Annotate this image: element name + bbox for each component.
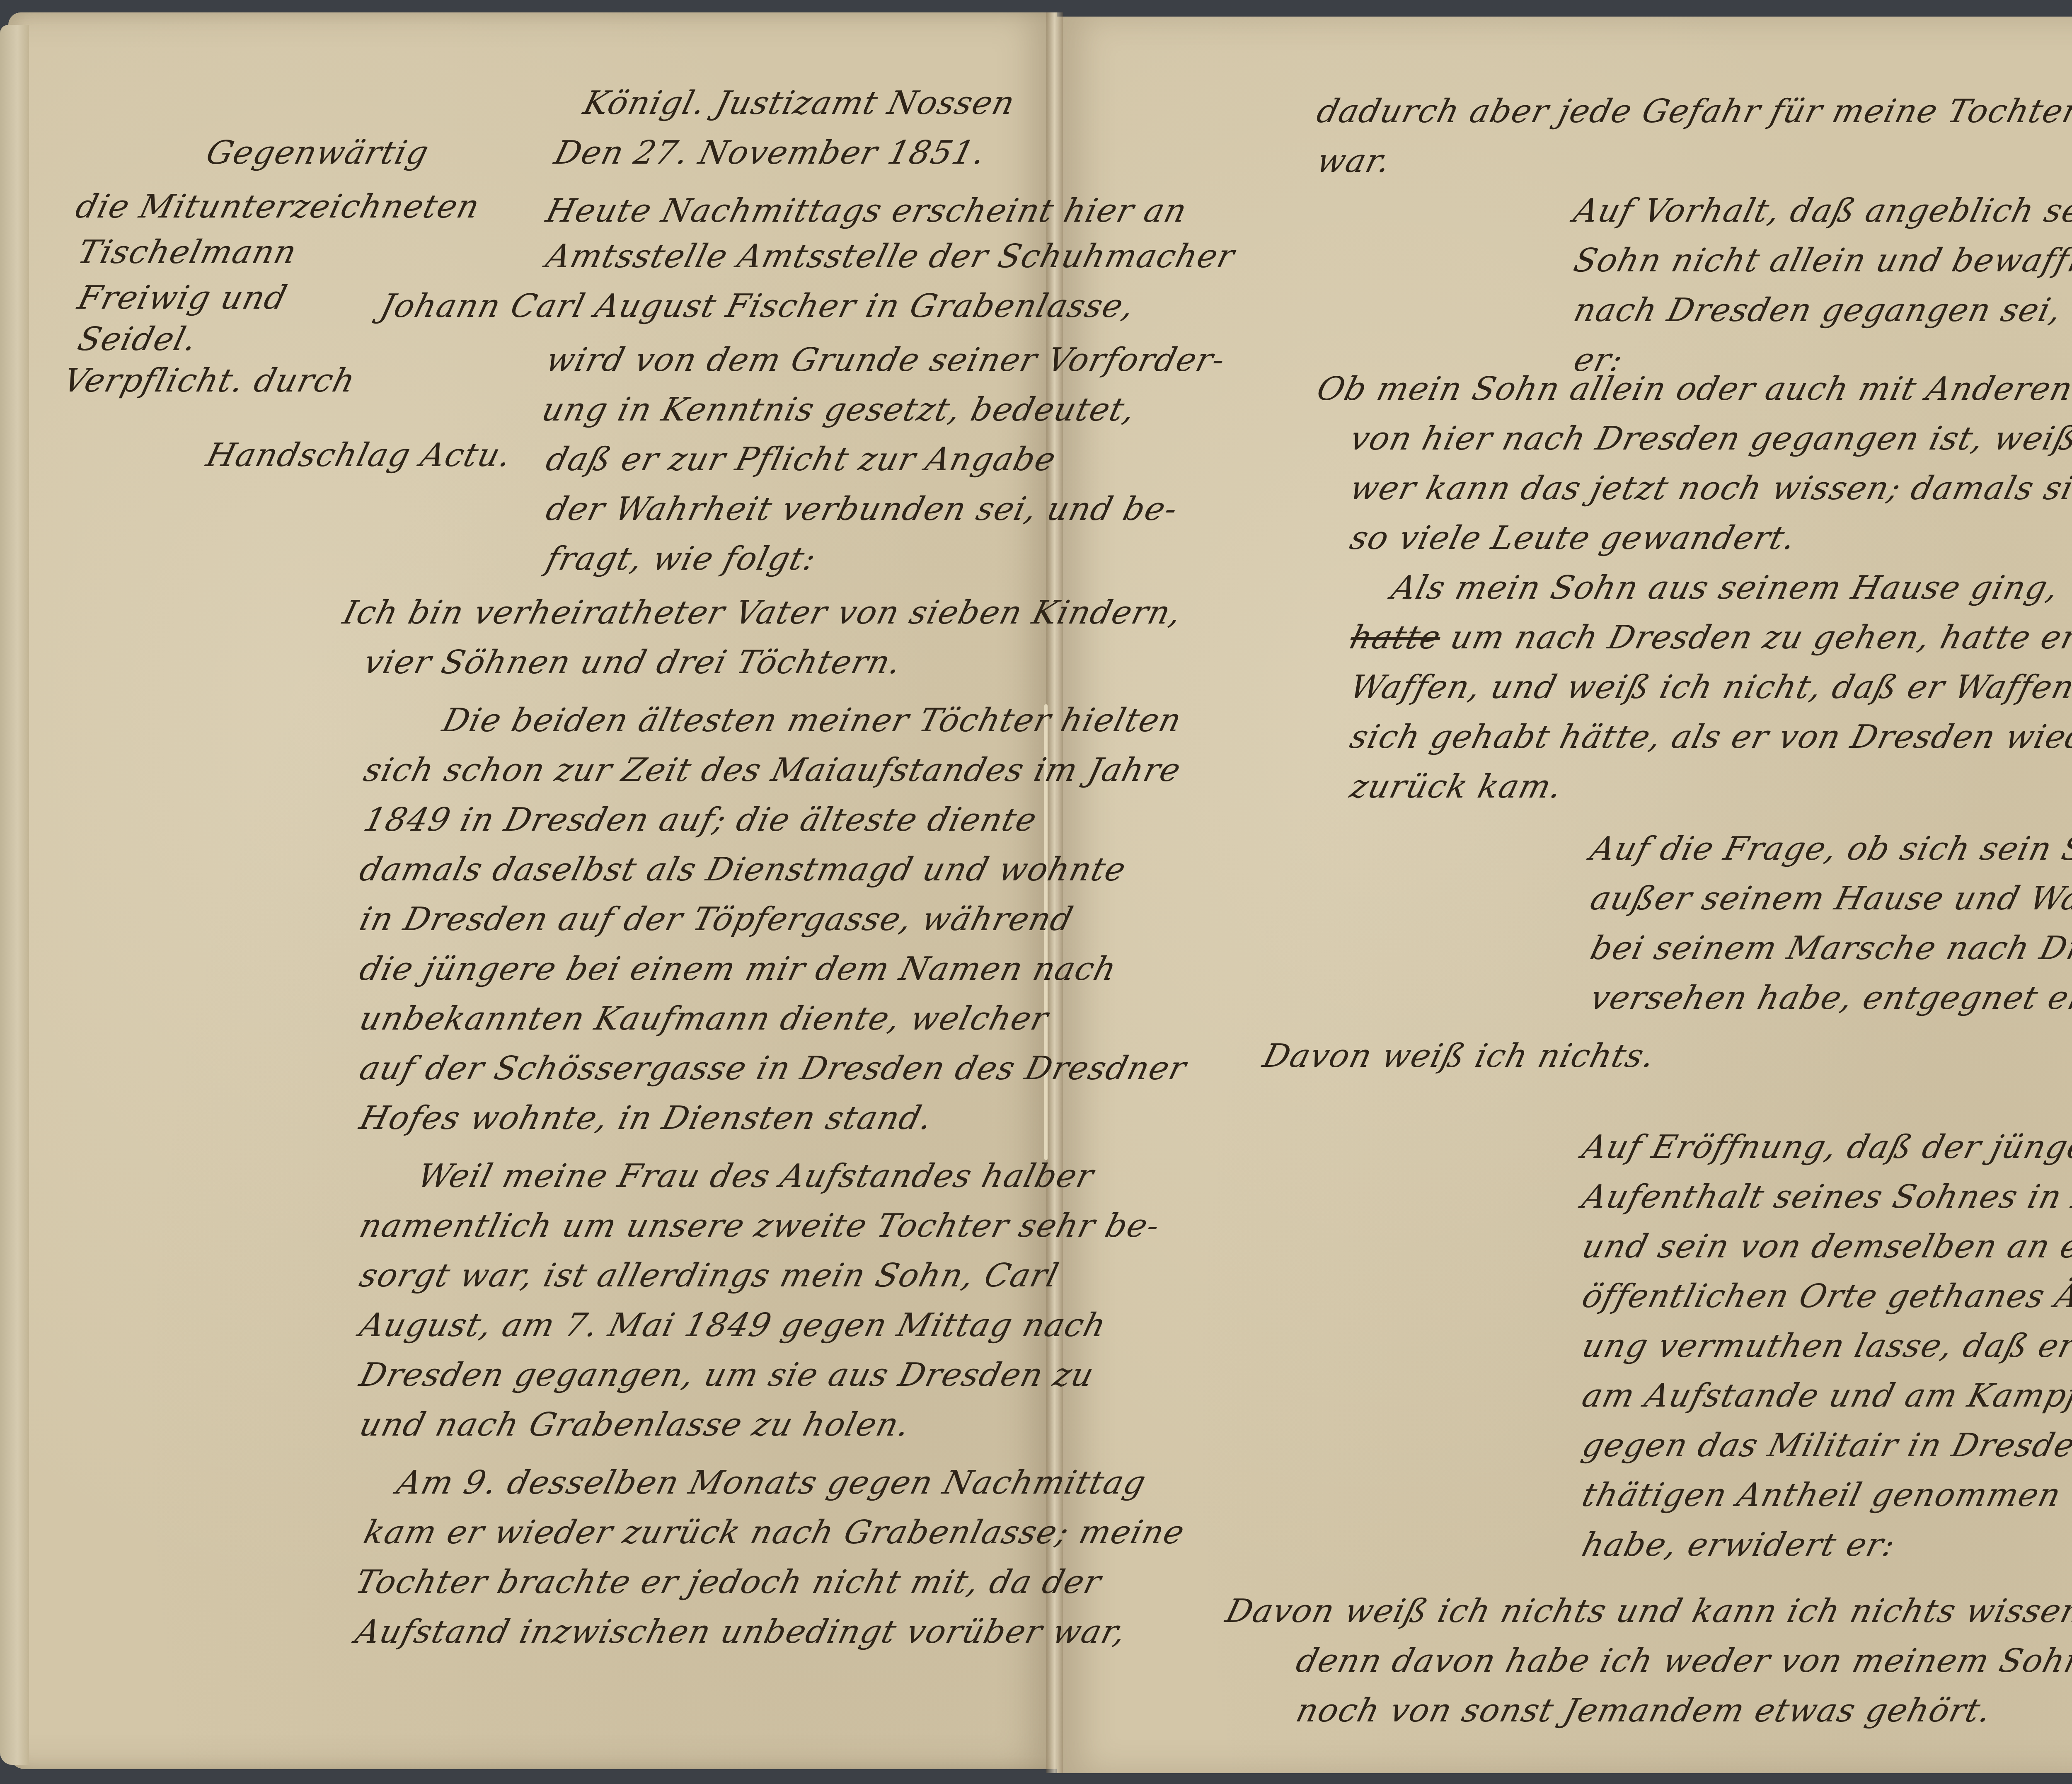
text-line: Waffen, und weiß ich nicht, daß er Waffe… [1347, 671, 2072, 703]
text-line: Heute Nachmittags erscheint hier an [543, 195, 1191, 227]
text-line: noch von sonst Jemandem etwas gehört. [1293, 1695, 1995, 1727]
text-line: auf der Schössergasse in Dresden des Dre… [356, 1052, 1190, 1085]
text-line: Sohn nicht allein und bewaffnet [1571, 244, 2072, 277]
text-line: der Wahrheit verbunden sei, und be- [543, 493, 1181, 525]
text-line: Davon weiß ich nichts. [1260, 1040, 1658, 1072]
text-line: wird von dem Grunde seiner Vorforder- [543, 344, 1229, 376]
margin-note-line: Handschlag Actu. [203, 439, 515, 471]
margin-note-line: Gegenwärtig [203, 137, 432, 169]
text-line: gegen das Militair in Dresden [1579, 1429, 2072, 1462]
text-line: Johann Carl August Fischer in Grabenlass… [377, 290, 1138, 322]
text-line: Weil meine Frau des Aufstandes halber [414, 1160, 1097, 1192]
left-page [8, 12, 1057, 1769]
text-line: hatte um nach Dresden zu gehen, hatte er… [1347, 621, 2072, 654]
text-line: kam er wieder zurück nach Grabenlasse; m… [361, 1516, 1188, 1549]
text-line: vier Söhnen und drei Töchtern. [361, 646, 905, 679]
text-line: ung in Kenntnis gesetzt, bedeutet, [539, 394, 1139, 426]
margin-note-line: die Mitunterzeichneten [73, 191, 483, 223]
margin-note-line: Verpflicht. durch [60, 365, 359, 397]
struck-word: hatte [1346, 619, 1445, 656]
text-line: von hier nach Dresden gegangen ist, weiß… [1347, 423, 2072, 455]
text-line: und sein von demselben an einem [1579, 1230, 2072, 1263]
text-line: bei seinem Marsche nach Dresden [1587, 932, 2072, 965]
left-page-edge [0, 25, 29, 1765]
text-line: in Dresden auf der Töpfergasse, während [356, 903, 1077, 936]
text-line: damals daselbst als Dienstmagd und wohnt… [356, 853, 1129, 886]
text-line: fragt, wie folgt: [543, 543, 820, 575]
text-line: außer seinem Hause und Waffen [1587, 882, 2072, 915]
text-line: versehen habe, entgegnet er: [1587, 982, 2072, 1014]
text-line: daß er zur Pflicht zur Angabe [543, 443, 1059, 476]
text-line: sich gehabt hätte, als er von Dresden wi… [1347, 721, 2072, 753]
text-line: wer kann das jetzt noch wissen; damals s… [1347, 472, 2072, 505]
margin-note-line: Freiwig und [75, 282, 290, 314]
text-line: sorgt war, ist allerdings mein Sohn, Car… [356, 1259, 1062, 1292]
text-line: Hofes wohnte, in Diensten stand. [356, 1102, 936, 1134]
text-line: dadurch aber jede Gefahr für meine Tocht… [1314, 95, 2072, 128]
text-line: Als mein Sohn aus seinem Hause ging, [1388, 572, 2062, 604]
text-line: habe, erwidert er: [1579, 1529, 1899, 1561]
text-line: August, am 7. Mai 1849 gegen Mittag nach [356, 1309, 1110, 1342]
text-line: zurück kam. [1347, 771, 1566, 803]
text-line: ung vermuthen lasse, daß er [1579, 1330, 2072, 1362]
text-line: Die beiden ältesten meiner Töchter hielt… [439, 704, 1185, 737]
text-line: Auf Eröffnung, daß der jüngere [1579, 1131, 2072, 1163]
text-line: Amtsstelle Amtsstelle der Schuhmacher [543, 240, 1238, 273]
text-line: und nach Grabenlasse zu holen. [356, 1409, 913, 1441]
text-line: nach Dresden gegangen sei, erwidert [1571, 294, 2072, 326]
text-line: Auf die Frage, ob sich sein Sohn [1587, 833, 2072, 865]
text-line: Dresden gegangen, um sie aus Dresden zu [356, 1359, 1097, 1391]
text-line: öffentlichen Orte gethanes Äußer- [1579, 1280, 2072, 1313]
text-line: war. [1314, 145, 1394, 177]
text-line: Davon weiß ich nichts und kann ich nicht… [1222, 1595, 2072, 1627]
text-line: Auf Vorhalt, daß angeblich sein [1571, 195, 2072, 227]
text-line: sich schon zur Zeit des Maiaufstandes im… [361, 754, 1184, 786]
text-line: unbekannten Kaufmann diente, welcher [356, 1003, 1052, 1035]
text-line: Ob mein Sohn allein oder auch mit Andere… [1314, 373, 2072, 405]
text-line: Aufenthalt seines Sohnes in Dresden [1579, 1181, 2072, 1213]
margin-note-line: Tischelmann [75, 236, 300, 268]
text-line: namentlich um unsere zweite Tochter sehr… [356, 1210, 1163, 1242]
open-manuscript-book: 8. Gegenwärtigdie MitunterzeichnetenTisc… [0, 0, 2072, 1784]
text-line: Den 27. November 1851. [551, 137, 989, 169]
text-line: thätigen Antheil genommen [1579, 1479, 2065, 1511]
book-gutter [1046, 12, 1063, 1773]
text-line: Am 9. desselben Monats gegen Nachmittag [394, 1467, 1150, 1499]
text-line: Ich bin verheiratheter Vater von sieben … [340, 597, 1185, 629]
text-line: Königl. Justizamt Nossen [580, 87, 1018, 119]
margin-note-line: Seidel. [75, 323, 201, 355]
text-line: am Aufstande und am Kampfe [1579, 1380, 2072, 1412]
text-line: die jüngere bei einem mir dem Namen nach [356, 953, 1120, 985]
text-line: Aufstand inzwischen unbedingt vorüber wa… [352, 1616, 1130, 1648]
text-line: Tochter brachte er jedoch nicht mit, da … [352, 1566, 1105, 1598]
text-line: so viele Leute gewandert. [1347, 522, 1799, 554]
text-line: 1849 in Dresden auf; die älteste diente [361, 804, 1040, 836]
text-line: denn davon habe ich weder von meinem Soh… [1293, 1645, 2072, 1677]
